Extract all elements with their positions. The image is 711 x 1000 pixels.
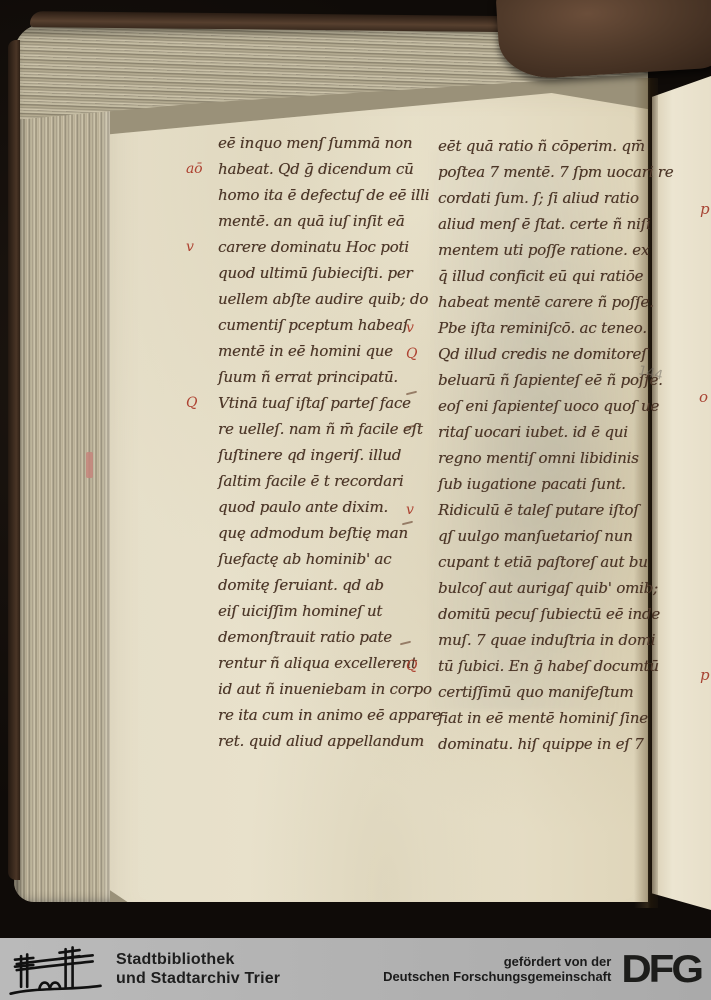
- manuscript-line-text: re ita cum in animo eē appare: [218, 706, 441, 724]
- manuscript-line: fiat in eē mentē hominiſ ſine: [438, 705, 664, 731]
- rubric-initial: v: [406, 315, 434, 341]
- manuscript-line-text: mentem uti poſſe ratione. ex: [438, 241, 649, 259]
- manuscript-line-text: ſuſtinere qd ingeriſ. illud: [218, 446, 401, 464]
- manuscript-line-text: demonſtrauit ratio pate: [218, 628, 392, 646]
- facing-page-rubric: o: [699, 388, 708, 406]
- rubric-initial: Q: [406, 341, 434, 367]
- manuscript-line-text: habeat. Qd ḡ dicendum cū: [218, 160, 413, 178]
- rubric-initial: Q: [186, 390, 214, 416]
- manuscript-line-text: ſuefactę ab hominib' ac: [218, 550, 391, 568]
- manuscript-line-text: eē inquo menſ ſummā non: [218, 134, 412, 152]
- library-name-line2: und Stadtarchiv Trier: [116, 969, 280, 988]
- manuscript-line: cupant t etiā paſtoreſ aut bu: [438, 549, 664, 575]
- manuscript-line: mentē in eē homini que: [218, 338, 430, 364]
- manuscript-line: regno mentiſ omni libidinis: [438, 445, 664, 471]
- manuscript-line-text: qſ uulgo manſuetarioſ nun: [438, 527, 633, 545]
- manuscript-line-text: ſub iugatione pacati ſunt.: [438, 475, 626, 493]
- manuscript-line: quę admodum beſtię man: [218, 520, 430, 546]
- manuscript-line: quod ultimū ſubieciſti. per: [218, 260, 430, 286]
- manuscript-line: aliud menſ ē ſtat. certe ñ niſi: [438, 211, 664, 237]
- manuscript-line-text: muſ. 7 quae induſtria in domi: [438, 631, 655, 649]
- manuscript-line: vPbe iſta reminiſcō. ac teneo.: [438, 315, 664, 341]
- manuscript-line: beluarū ñ ſapienteſ eē ñ poſſe.: [438, 367, 664, 393]
- manuscript-line-text: dominatu. hiſ quippe in eſ 7: [438, 735, 644, 753]
- left-text-column: eē inquo menſ ſummā non aōhabeat. Qd ḡ d…: [218, 130, 430, 754]
- manuscript-line: eoſ eni ſapienteſ uoco quoſ ue: [438, 393, 664, 419]
- rubric-initial: v: [186, 234, 214, 260]
- manuscript-line: eē inquo menſ ſummā non: [218, 130, 430, 156]
- manuscript-line-text: poſtea 7 mentē. 7 ſpm uocari re: [438, 163, 673, 181]
- facing-page-rubric: p: [700, 666, 710, 684]
- manuscript-line: aōhabeat. Qd ḡ dicendum cū: [218, 156, 430, 182]
- manuscript-line-text: quę admodum beſtię man: [218, 524, 408, 542]
- library-logo: [8, 942, 104, 1000]
- manuscript-line-text: Pbe iſta reminiſcō. ac teneo.: [438, 319, 647, 337]
- manuscript-line-text: eoſ eni ſapienteſ uoco quoſ ue: [438, 397, 659, 415]
- manuscript-line: certiſſimū quo manifeſtum: [438, 679, 664, 705]
- manuscript-line-text: ſaltim facile ē t recordari: [218, 472, 403, 490]
- manuscript-line: habeat mentē carere ñ poſſe.: [438, 289, 664, 315]
- manuscript-line-text: ſuum ñ errat principatū.: [218, 368, 398, 386]
- manuscript-line: ſuum ñ errat principatū.: [218, 364, 430, 390]
- manuscript-line-text: certiſſimū quo manifeſtum: [438, 683, 633, 701]
- manuscript-line: dominatu. hiſ quippe in eſ 7: [438, 731, 664, 757]
- manuscript-line: homo ita ē defectuſ de eē illi: [218, 182, 430, 208]
- footer-bar: Stadtbibliothek und Stadtarchiv Trier ge…: [0, 938, 711, 1000]
- manuscript-line-text: Qd illud credis ne domitoreſ: [438, 345, 646, 363]
- manuscript-line: ritaſ uocari iubet. id ē qui: [438, 419, 664, 445]
- manuscript-line-text: Vtinā tuaſ iſtaſ parteſ face: [218, 394, 411, 412]
- manuscript-line-text: eēt quā ratio ñ cōperim. qm̄: [438, 137, 645, 155]
- manuscript-line-text: ret. quid aliud appellandum: [218, 732, 424, 750]
- manuscript-line: rentur ñ aliqua excellerent: [218, 650, 430, 676]
- manuscript-line-text: domitū pecuſ ſubiectū eē inde: [438, 605, 660, 623]
- manuscript-line-text: cumentiſ pceptum habeaſ: [218, 316, 408, 334]
- manuscript-line-text: ritaſ uocari iubet. id ē qui: [438, 423, 628, 441]
- red-edge-tab: [86, 452, 93, 478]
- manuscript-line: re ita cum in animo eē appare: [218, 702, 430, 728]
- manuscript-line-text: carere dominatu Hoc poti: [218, 238, 409, 256]
- manuscript-line-text: id aut ñ inueniebam in corpo: [218, 680, 432, 698]
- manuscript-line: muſ. 7 quae induſtria in domi: [438, 627, 664, 653]
- manuscript-line: domitū pecuſ ſubiectū eē inde: [438, 601, 664, 627]
- manuscript-line: eēt quā ratio ñ cōperim. qm̄: [438, 133, 664, 159]
- manuscript-line: uellem abſte audire quib; do: [218, 286, 430, 312]
- manuscript-line: vcarere dominatu Hoc poti: [218, 234, 430, 260]
- manuscript-line: ſub iugatione pacati ſunt.: [438, 471, 664, 497]
- manuscript-line-text: fiat in eē mentē hominiſ ſine: [438, 709, 648, 727]
- page-stack-edges-left: [14, 24, 110, 902]
- manuscript-line: qſ uulgo manſuetarioſ nun: [438, 523, 664, 549]
- manuscript-line-text: domitę ſeruiant. qd ab: [218, 576, 384, 594]
- manuscript-line-text: q̄ illud conficit eū qui ratiōe: [438, 267, 643, 285]
- manuscript-line: ſuſtinere qd ingeriſ. illud: [218, 442, 430, 468]
- manuscript-line: ſuefactę ab hominib' ac: [218, 546, 430, 572]
- funding-line2: Deutschen Forschungsgemeinschaft: [383, 969, 611, 984]
- manuscript-line: domitę ſeruiant. qd ab: [218, 572, 430, 598]
- manuscript-line-text: tū ſubici. En ḡ habeſ documtū: [438, 657, 659, 675]
- manuscript-line: ſaltim facile ē t recordari: [218, 468, 430, 494]
- manuscript-line-text: eiſ uiciſſim homineſ ut: [218, 602, 382, 620]
- manuscript-line: mentē. an quā iuſ inſit eā: [218, 208, 430, 234]
- manuscript-line: q̄ illud conficit eū qui ratiōe: [438, 263, 664, 289]
- manuscript-line: QVtinā tuaſ iſtaſ parteſ face: [218, 390, 430, 416]
- leather-spine-cap: [496, 0, 711, 81]
- funding-credit: gefördert von der Deutschen Forschungsge…: [383, 954, 611, 984]
- manuscript-line-text: mentē. an quā iuſ inſit eā: [218, 212, 405, 230]
- manuscript-line-text: habeat mentē carere ñ poſſe.: [438, 293, 654, 311]
- dfg-logo: DFG: [621, 947, 701, 991]
- manuscript-line-text: Ridiculū ē taleſ putare iſtoſ: [438, 501, 639, 519]
- manuscript-line: re uelleſ. nam ñ m̄ facile eſt: [218, 416, 430, 442]
- facing-page-rubric: p: [700, 200, 710, 218]
- manuscript-line: id aut ñ inueniebam in corpo: [218, 676, 430, 702]
- right-text-column: eēt quā ratio ñ cōperim. qm̄ poſtea 7 me…: [438, 133, 664, 757]
- library-name: Stadtbibliothek und Stadtarchiv Trier: [116, 950, 280, 988]
- manuscript-line-text: bulcoſ aut aurigaſ quib' omib;: [438, 579, 658, 597]
- manuscript-line: mentem uti poſſe ratione. ex: [438, 237, 664, 263]
- manuscript-line-text: re uelleſ. nam ñ m̄ facile eſt: [218, 420, 423, 438]
- manuscript-line-text: regno mentiſ omni libidinis: [438, 449, 639, 467]
- manuscript-line: Qtū ſubici. En ḡ habeſ documtū: [438, 653, 664, 679]
- manuscript-line: bulcoſ aut aurigaſ quib' omib;: [438, 575, 664, 601]
- rubric-initial: aō: [186, 156, 214, 182]
- funding-line1: gefördert von der: [383, 954, 611, 969]
- manuscript-line-text: cupant t etiā paſtoreſ aut bu: [438, 553, 648, 571]
- manuscript-line-text: aliud menſ ē ſtat. certe ñ niſi: [438, 215, 651, 233]
- manuscript-line: QQd illud credis ne domitoreſ: [438, 341, 664, 367]
- manuscript-line: eiſ uiciſſim homineſ ut: [218, 598, 430, 624]
- manuscript-line-text: beluarū ñ ſapienteſ eē ñ poſſe.: [438, 371, 663, 389]
- manuscript-line-text: mentē in eē homini que: [218, 342, 393, 360]
- manuscript-line-text: cordati ſum. ſ; ſi aliud ratio: [438, 189, 639, 207]
- manuscript-line: ret. quid aliud appellandum: [218, 728, 430, 754]
- manuscript-line-text: quod ultimū ſubieciſti. per: [218, 264, 412, 282]
- manuscript-line-text: rentur ñ aliqua excellerent: [218, 654, 417, 672]
- rubric-initial: v: [406, 497, 434, 523]
- manuscript-line: cordati ſum. ſ; ſi aliud ratio: [438, 185, 664, 211]
- manuscript-line-text: quod paulo ante dixim.: [218, 498, 388, 516]
- manuscript-line: poſtea 7 mentē. 7 ſpm uocari re: [438, 159, 664, 185]
- manuscript-photo: eē inquo menſ ſummā non aōhabeat. Qd ḡ d…: [0, 0, 711, 938]
- manuscript-line: quod paulo ante dixim.: [218, 494, 430, 520]
- manuscript-line: cumentiſ pceptum habeaſ: [218, 312, 430, 338]
- manuscript-line: demonſtrauit ratio pate: [218, 624, 430, 650]
- manuscript-line: vRidiculū ē taleſ putare iſtoſ: [438, 497, 664, 523]
- library-name-line1: Stadtbibliothek: [116, 950, 280, 969]
- rubric-initial: Q: [406, 653, 434, 679]
- leather-cover-edge-left: [8, 40, 20, 880]
- manuscript-line-text: uellem abſte audire quib; do: [218, 290, 428, 308]
- manuscript-line-text: homo ita ē defectuſ de eē illi: [218, 186, 429, 204]
